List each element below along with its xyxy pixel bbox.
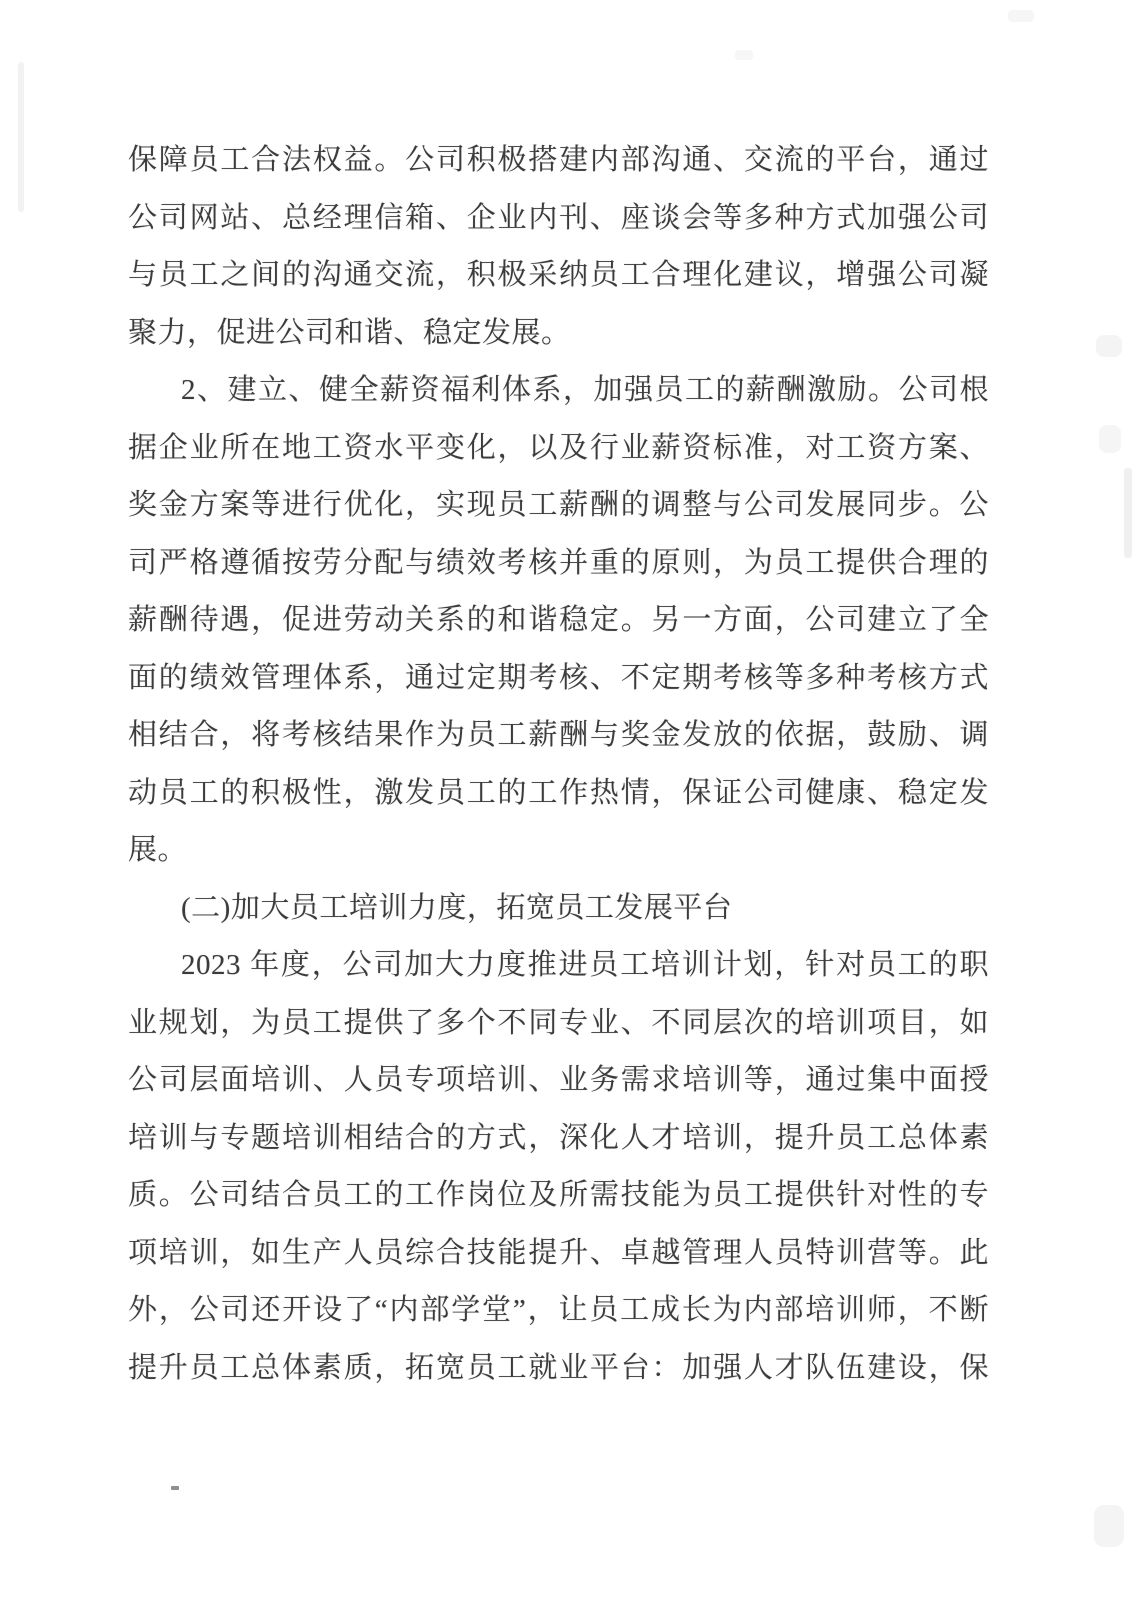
scan-smudge [735, 50, 753, 60]
text-line: (二)加大员工培训力度，拓宽员工发展平台 [128, 886, 989, 944]
text-line: 司严格遵循按劳分配与绩效考核并重的原则，为员工提供合理的 [128, 541, 989, 599]
text-line: 提升员工总体素质，拓宽员工就业平台：加强人才队伍建设，保 [128, 1346, 989, 1404]
scan-smudge [1124, 468, 1132, 558]
text-line: 面的绩效管理体系，通过定期考核、不定期考核等多种考核方式 [128, 656, 989, 714]
scan-smudge [1094, 1505, 1124, 1547]
text-line: 保障员工合法权益。公司积极搭建内部沟通、交流的平台，通过 [128, 138, 989, 196]
scan-smudge [1096, 335, 1122, 357]
text-line: 薪酬待遇，促进劳动关系的和谐稳定。另一方面，公司建立了全 [128, 598, 989, 656]
text-line: 与员工之间的沟通交流，积极采纳员工合理化建议，增强公司凝 [128, 253, 989, 311]
text-line: 业规划，为员工提供了多个不同专业、不同层次的培训项目，如 [128, 1001, 989, 1059]
text-line: 2023 年度，公司加大力度推进员工培训计划，针对员工的职 [128, 943, 989, 1001]
document-text-block: 保障员工合法权益。公司积极搭建内部沟通、交流的平台，通过公司网站、总经理信箱、企… [128, 138, 989, 1403]
text-line: 动员工的积极性，激发员工的工作热情，保证公司健康、稳定发 [128, 771, 989, 829]
text-line: 据企业所在地工资水平变化，以及行业薪资标准，对工资方案、 [128, 426, 989, 484]
scan-smudge [18, 62, 24, 212]
text-line: 展。 [128, 828, 989, 886]
text-line: 聚力，促进公司和谐、稳定发展。 [128, 311, 989, 369]
text-line: 公司网站、总经理信箱、企业内刊、座谈会等多种方式加强公司 [128, 196, 989, 254]
text-line: 2、建立、健全薪资福利体系，加强员工的薪酬激励。公司根 [128, 368, 989, 426]
scan-smudge [1099, 425, 1121, 453]
text-line: 公司层面培训、人员专项培训、业务需求培训等，通过集中面授 [128, 1058, 989, 1116]
text-line: 奖金方案等进行优化，实现员工薪酬的调整与公司发展同步。公 [128, 483, 989, 541]
text-line: 培训与专题培训相结合的方式，深化人才培训，提升员工总体素 [128, 1116, 989, 1174]
text-line: 质。公司结合员工的工作岗位及所需技能为员工提供针对性的专 [128, 1173, 989, 1231]
pen-dash-mark [171, 1486, 179, 1490]
document-page: 保障员工合法权益。公司积极搭建内部沟通、交流的平台，通过公司网站、总经理信箱、企… [0, 0, 1132, 1600]
text-line: 项培训，如生产人员综合技能提升、卓越管理人员特训营等。此 [128, 1231, 989, 1289]
text-line: 相结合，将考核结果作为员工薪酬与奖金发放的依据，鼓励、调 [128, 713, 989, 771]
scan-smudge [1008, 10, 1034, 22]
text-line: 外，公司还开设了“内部学堂”，让员工成长为内部培训师，不断 [128, 1288, 989, 1346]
